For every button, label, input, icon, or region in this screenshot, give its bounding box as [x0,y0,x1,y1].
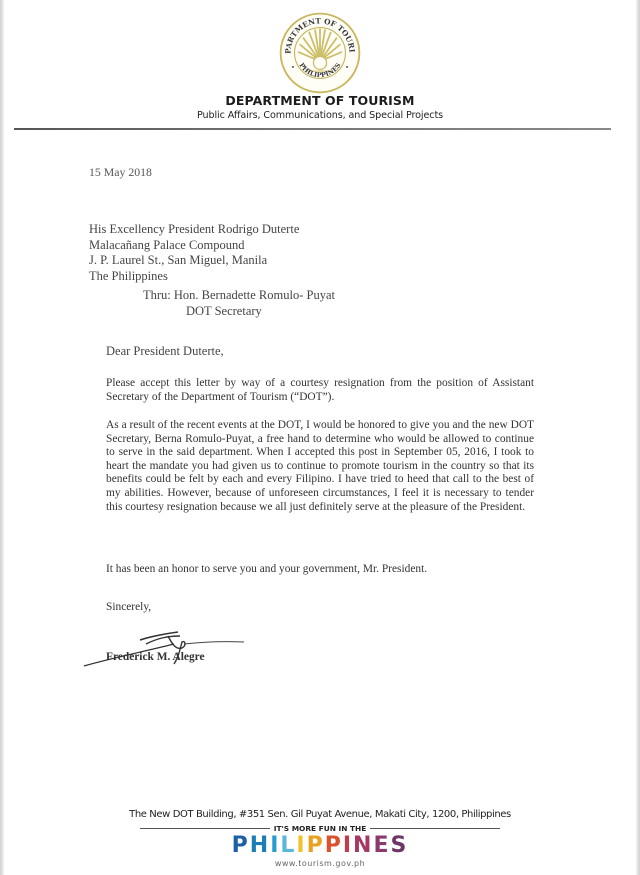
recipient-address: His Excellency President Rodrigo Duterte… [89,222,299,284]
signer-name: Frederick M. Alegre [106,651,205,665]
footer-address: The New DOT Building, #351 Sen. Gil Puya… [0,809,640,820]
thru-title: DOT Secretary [143,304,335,320]
body-paragraph-2: As a result of the recent events at the … [106,419,534,514]
letter-date: 15 May 2018 [89,166,152,180]
recipient-line: Malacañang Palace Compound [89,238,299,254]
page-edge-left [0,0,4,875]
department-title: DEPARTMENT OF TOURISM [0,93,640,108]
brand-letter: P [307,834,325,858]
website-link[interactable]: www.tourism.gov.ph [0,859,640,868]
brand-letter: I [296,834,306,858]
office-subtitle: Public Affairs, Communications, and Spec… [0,110,640,121]
header-divider [14,128,611,130]
thru-block: Thru: Hon. Bernadette Romulo- Puyat DOT … [143,288,335,319]
brand-letter: N [353,834,373,858]
philippines-brand-logo: PHILIPPINES [0,834,640,858]
closing: Sincerely, [106,601,151,615]
brand-letter: I [270,834,280,858]
recipient-line: J. P. Laurel St., San Miguel, Manila [89,253,299,269]
brand-letter: I [343,834,353,858]
recipient-line: The Philippines [89,269,299,285]
recipient-line: His Excellency President Rodrigo Duterte [89,222,299,238]
body-paragraph-1: Please accept this letter by way of a co… [106,377,534,404]
brand-letter: S [390,834,408,858]
salutation: Dear President Duterte, [106,345,224,359]
brand-letter: E [373,834,390,858]
slogan: IT'S MORE FUN IN THE [274,824,367,833]
brand-letter: P [232,834,250,858]
dot-seal-logo: DEPARTMENT OF TOURISM PHILIPPINES [279,12,361,94]
thru-line: Thru: Hon. Bernadette Romulo- Puyat [143,288,335,304]
page-edge-right [636,0,640,875]
slogan-rule-left [140,828,270,829]
brand-letter: H [250,834,270,858]
brand-letter: P [325,834,343,858]
brand-letter: L [280,834,296,858]
body-paragraph-3: It has been an honor to serve you and yo… [106,563,534,577]
slogan-rule-right [370,828,500,829]
